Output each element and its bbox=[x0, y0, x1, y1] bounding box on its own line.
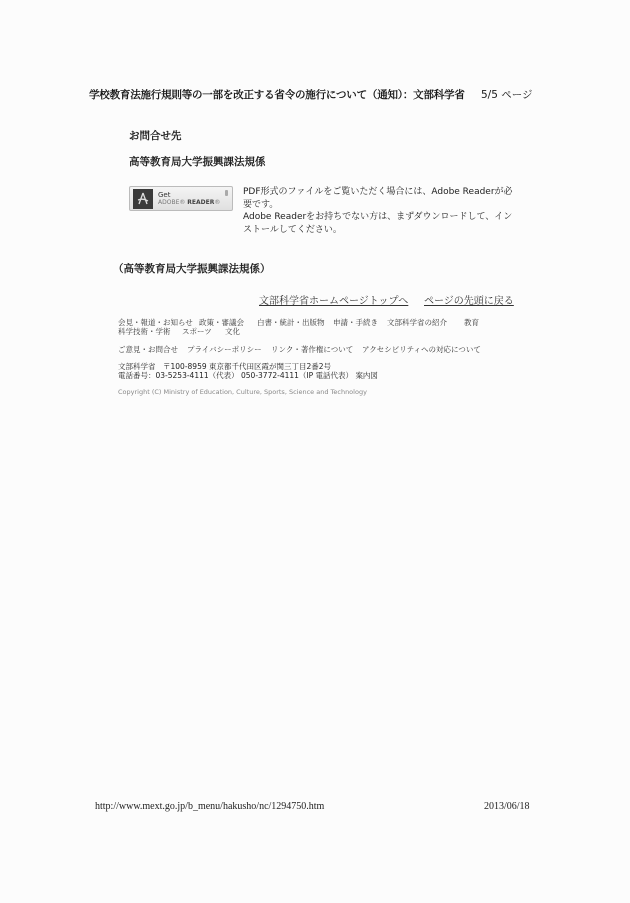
adobe-acrobat-icon bbox=[133, 189, 153, 209]
menu-item-culture[interactable]: 文化 bbox=[225, 326, 240, 337]
map-link[interactable]: 案内図 bbox=[355, 371, 378, 380]
copyright: Copyright (C) Ministry of Education, Cul… bbox=[118, 388, 367, 396]
menu-item-whitepaper[interactable]: 白書・統計・出版物 bbox=[257, 317, 325, 328]
adobe-reader-label: ADOBE® READER® bbox=[158, 199, 220, 207]
adobe-reader-note: PDF形式のファイルをご覧いただく場合には、Adobe Readerが必要です。… bbox=[243, 186, 513, 236]
menu-item-privacy[interactable]: プライバシーポリシー bbox=[187, 344, 262, 355]
menu-item-accessibility[interactable]: アクセシビリティへの対応について bbox=[362, 344, 481, 355]
footer-address: 文部科学省 〒100-8959 東京都千代田区霞が関三丁目2番2号 電話番号：0… bbox=[118, 362, 378, 380]
department-parenthetical: （高等教育局大学振興課法規係） bbox=[113, 261, 271, 276]
page-top-link[interactable]: ページの先頭に戻る bbox=[424, 292, 514, 307]
grip-icon bbox=[225, 190, 228, 196]
menu-item-sports[interactable]: スポーツ bbox=[182, 326, 212, 337]
contact-department: 高等教育局大学振興課法規係 bbox=[129, 154, 266, 169]
menu-item-science[interactable]: 科学技術・学術 bbox=[118, 326, 171, 337]
adobe-get-label: Get bbox=[158, 191, 220, 199]
menu-item-copyright[interactable]: リンク・著作権について bbox=[271, 344, 353, 355]
document-title: 学校教育法施行規則等の一部を改正する省令の施行について（通知）：文部科学省 bbox=[89, 87, 465, 102]
menu-item-about[interactable]: 文部科学省の紹介 bbox=[387, 317, 447, 328]
get-adobe-reader-button[interactable]: Get ADOBE® READER® bbox=[129, 186, 233, 211]
page-number: 5/5 ページ bbox=[481, 87, 533, 102]
contact-heading: お問合せ先 bbox=[129, 128, 182, 143]
menu-item-education[interactable]: 教育 bbox=[464, 317, 479, 328]
menu-item-contact[interactable]: ご意見・お問合せ bbox=[118, 344, 178, 355]
print-date: 2013/06/18 bbox=[484, 801, 530, 812]
print-url: http://www.mext.go.jp/b_menu/hakusho/nc/… bbox=[95, 801, 324, 812]
menu-item-application[interactable]: 申請・手続き bbox=[333, 317, 378, 328]
home-top-link[interactable]: 文部科学省ホームページトップへ bbox=[259, 292, 408, 307]
